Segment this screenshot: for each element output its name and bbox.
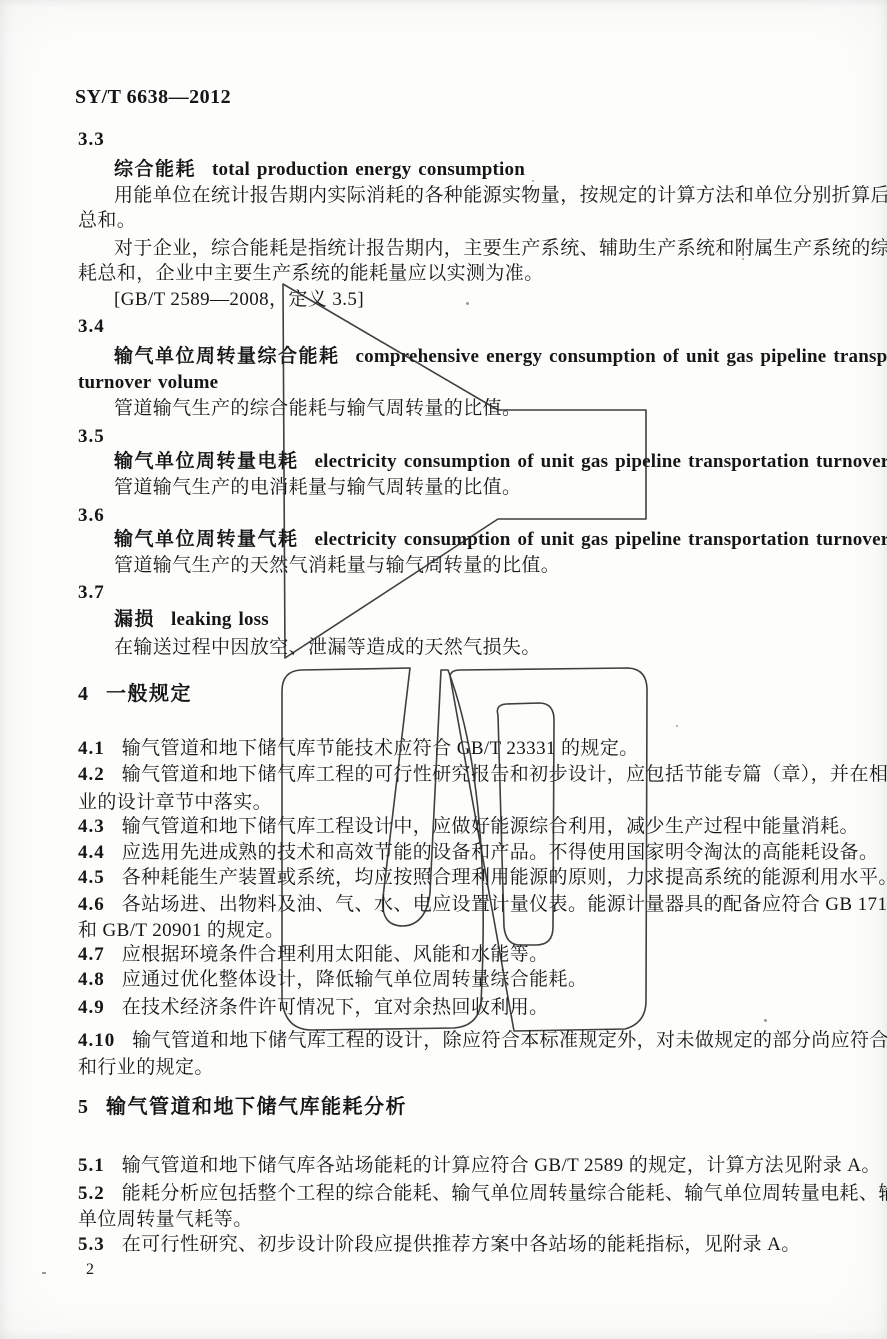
body-line: 管道输气生产的综合能耗与输气周转量的比值。 — [114, 398, 521, 420]
clause-4-2: 4.2输气管道和地下储气库工程的可行性研究报告和初步设计，应包括节能专篇（章），… — [78, 764, 887, 786]
clause-number-3-5: 3.5 — [78, 426, 105, 448]
clause-4-3: 4.3输气管道和地下储气库工程设计中，应做好能源综合利用，减少生产过程中能量消耗… — [78, 816, 859, 838]
document-page: SY/T 6638—2012 3.3 综合能耗total production … — [0, 0, 887, 1339]
clause-4-10: 4.10输气管道和地下储气库工程的设计，除应符合本标准规定外，对未做规定的部分尚… — [78, 1030, 887, 1052]
term-line-continuation: turnover volume — [78, 372, 218, 394]
body-line: 耗总和，企业中主要生产系统的能耗量应以实测为准。 — [78, 263, 544, 285]
clause-4-9: 4.9在技术经济条件许可情况下，宜对余热回收利用。 — [78, 997, 549, 1019]
standard-number-header: SY/T 6638—2012 — [75, 86, 231, 109]
body-line: 在输送过程中因放空、泄漏等造成的天然气损失。 — [114, 637, 541, 659]
clause-5-3: 5.3在可行性研究、初步设计阶段应提供推荐方案中各站场的能耗指标，见附录 A。 — [78, 1234, 801, 1256]
reference-line: [GB/T 2589—2008，定义 3.5] — [114, 289, 364, 311]
body-line: 管道输气生产的电消耗量与输气周转量的比值。 — [114, 477, 521, 499]
page-number: 2 — [86, 1261, 94, 1279]
body-line: 总和。 — [78, 210, 136, 232]
clause-4-6-continuation: 和 GB/T 20901 的规定。 — [78, 920, 285, 942]
scan-speck — [532, 180, 534, 182]
clause-4-5: 4.5各种耗能生产装置或系统，均应按照合理利用能源的原则，力求提高系统的能源利用… — [78, 867, 887, 889]
chapter-heading-5: 5输气管道和地下储气库能耗分析 — [78, 1096, 407, 1118]
clause-number-3-7: 3.7 — [78, 582, 105, 604]
clause-number-3-3: 3.3 — [78, 129, 105, 151]
term-line-3-5: 输气单位周转量电耗electricity consumption of unit… — [114, 451, 887, 473]
scan-speck — [742, 258, 744, 260]
body-line: 对于企业，综合能耗是指统计报告期内，主要生产系统、辅助生产系统和附属生产系统的综… — [114, 238, 887, 260]
body-line: 管道输气生产的天然气消耗量与输气周转量的比值。 — [114, 555, 560, 577]
clause-4-2-continuation: 业的设计章节中落实。 — [78, 792, 272, 814]
clause-5-2-continuation: 单位周转量气耗等。 — [78, 1209, 253, 1231]
clause-4-1: 4.1输气管道和地下储气库节能技术应符合 GB/T 23331 的规定。 — [78, 738, 639, 760]
clause-4-10-continuation: 和行业的规定。 — [78, 1057, 214, 1079]
term-line-3-4: 输气单位周转量综合能耗comprehensive energy consumpt… — [114, 346, 887, 368]
clause-4-7: 4.7应根据环境条件合理利用太阳能、风能和水能等。 — [78, 944, 549, 966]
scan-speck — [42, 1272, 46, 1274]
clause-5-1: 5.1输气管道和地下储气库各站场能耗的计算应符合 GB/T 2589 的规定，计… — [78, 1155, 881, 1177]
clause-number-3-4: 3.4 — [78, 316, 105, 338]
scan-speck — [764, 1019, 767, 1022]
term-line-3-3: 综合能耗total production energy consumption — [114, 159, 525, 181]
chapter-heading-4: 4一般规定 — [78, 683, 192, 705]
term-line-3-6: 输气单位周转量气耗electricity consumption of unit… — [114, 529, 887, 551]
body-line: 用能单位在统计报告期内实际消耗的各种能源实物量，按规定的计算方法和单位分别折算后… — [114, 185, 887, 207]
clause-5-2: 5.2能耗分析应包括整个工程的综合能耗、输气单位周转量综合能耗、输气单位周转量电… — [78, 1183, 887, 1205]
clause-4-6: 4.6各站场进、出物料及油、气、水、电应设置计量仪表。能源计量器具的配备应符合 … — [78, 894, 887, 916]
clause-4-4: 4.4应选用先进成熟的技术和高效节能的设备和产品。不得使用国家明令淘汰的高能耗设… — [78, 842, 878, 864]
scan-speck — [676, 725, 678, 727]
clause-number-3-6: 3.6 — [78, 505, 105, 527]
scan-speck — [466, 302, 469, 305]
term-line-3-7: 漏损leaking loss — [114, 609, 269, 631]
clause-4-8: 4.8应通过优化整体设计，降低输气单位周转量综合能耗。 — [78, 969, 587, 991]
